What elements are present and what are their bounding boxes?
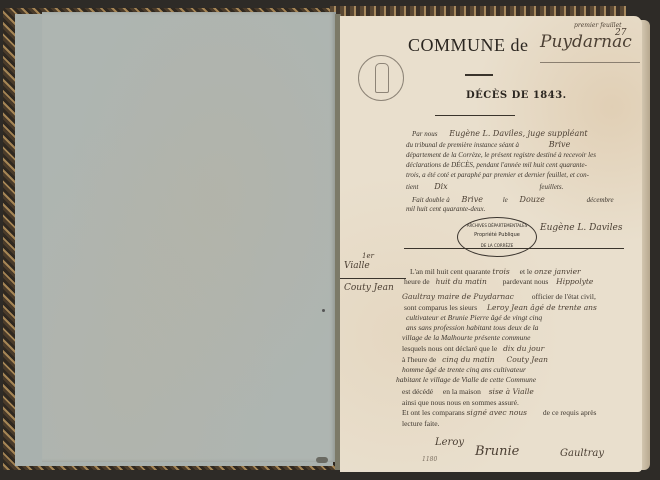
ink-stain bbox=[316, 457, 328, 463]
record-line5: cultivateur et Brunie Pierre âgé de ving… bbox=[406, 313, 542, 322]
footer-mark: 1180 bbox=[422, 456, 437, 463]
commune-title: COMMUNE de bbox=[408, 35, 529, 56]
record-line14: Et ont les comparans signé avec nous de … bbox=[402, 408, 596, 417]
royal-seal bbox=[358, 55, 404, 101]
blank-flyleaf-page bbox=[42, 12, 336, 462]
record-line4: sont comparus les sieurs Leroy Jean âgé … bbox=[404, 303, 597, 312]
signature-witness-1: Leroy bbox=[435, 437, 464, 448]
record-line12: est décédé en la maison sise à Vialle bbox=[402, 387, 534, 396]
divider bbox=[435, 115, 515, 116]
record-line15: lecture faite. bbox=[402, 419, 439, 428]
record-line3: Gaultray maire de Puydarnac officier de … bbox=[402, 292, 596, 301]
register-page: premier feuillet 27 COMMUNE de Puydarnac… bbox=[340, 16, 642, 472]
cert-line4: déclarations de DÉCÈS, pendant l'année m… bbox=[406, 161, 587, 169]
record-line2: heure de huit du matin pardevant nous Hi… bbox=[404, 277, 593, 286]
margin-village: Vialle bbox=[344, 261, 370, 271]
signature-officer: Gaultray bbox=[560, 448, 604, 459]
cert-line8: mil huit cent quarante-deux. bbox=[406, 205, 485, 213]
record-line9: à l'heure de cinq du matin Couty Jean bbox=[402, 355, 548, 364]
cert-line5: trois, a été coté et paraphé par premier… bbox=[406, 171, 589, 179]
margin-rule bbox=[340, 278, 406, 279]
judge-signature: Eugène L. Daviles bbox=[540, 223, 623, 233]
record-line6: ans sans profession habitant tous deux d… bbox=[406, 323, 538, 332]
record-line10: homme âgé de trente cinq ans cultivateur bbox=[402, 365, 526, 374]
seal-figure-icon bbox=[375, 63, 389, 93]
record-divider bbox=[404, 248, 624, 249]
cert-line7: Fait double à Brive le Douze décembre bbox=[412, 195, 614, 204]
cert-line1: Par nous Eugène L. Daviles, juge suppléa… bbox=[412, 129, 588, 138]
archives-stamp: ARCHIVES DÉPARTEMENTALES Propriété Publi… bbox=[457, 217, 537, 257]
cert-line2: du tribunal de première instance séant à… bbox=[406, 140, 570, 149]
record-line8: lesquels nous ont déclaré que le dix du … bbox=[402, 344, 544, 353]
record-line1: L'an mil huit cent quarante trois et le … bbox=[410, 267, 581, 276]
register-title: DÉCÈS DE 1843. bbox=[466, 90, 567, 101]
ink-spot bbox=[322, 309, 325, 312]
record-line7: village de la Malhourte présente commune bbox=[402, 333, 531, 342]
record-line13: ainsi que nous nous en sommes assuré. bbox=[402, 398, 519, 407]
signature-witness-2: Brunie bbox=[475, 444, 519, 459]
record-number: 1er bbox=[362, 252, 374, 260]
cert-line3: département de la Corrèze, le présent re… bbox=[406, 151, 596, 159]
commune-name: Puydarnac bbox=[540, 32, 632, 52]
ornament-rule bbox=[465, 74, 493, 76]
record-line11: habitant le village de Vialle de cette C… bbox=[396, 375, 536, 384]
cert-line6: tient Dix feuillets. bbox=[406, 182, 563, 191]
commune-underline bbox=[540, 62, 640, 63]
margin-deceased-name: Couty Jean bbox=[344, 283, 394, 293]
